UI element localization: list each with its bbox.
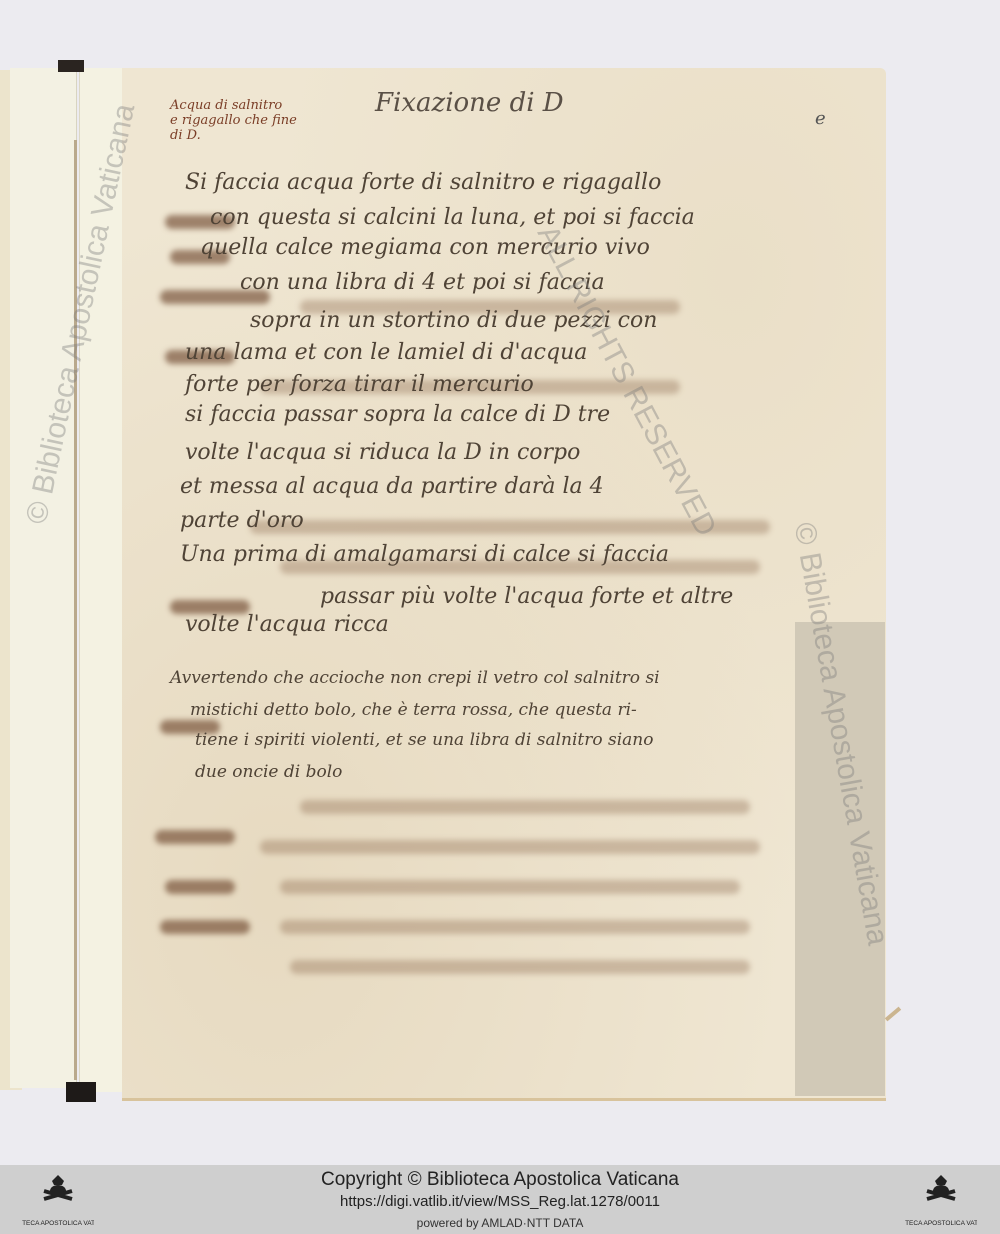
margin-note: Acqua di salnitro e rigagallo che fine d… — [170, 98, 297, 143]
binding-clip-bottom — [66, 1082, 96, 1102]
text-line: Avvertendo che accioche non crepi il vet… — [170, 668, 660, 688]
text-line: Si faccia acqua forte di salnitro e riga… — [185, 170, 661, 195]
margin-note-line: Acqua di salnitro — [170, 98, 297, 113]
text-line: volte l'acqua ricca — [185, 612, 389, 637]
text-line: passar più volte l'acqua forte et altre — [320, 584, 733, 609]
paper-fiber — [885, 1007, 901, 1022]
margin-note-line: e rigagallo che fine — [170, 113, 297, 128]
text-line: Una prima di amalgamarsi di calce si fac… — [180, 542, 669, 567]
text-line: volte l'acqua si riduca la D in corpo — [185, 440, 580, 465]
text-line: forte per forza tirar il mercurio — [185, 372, 534, 397]
folio-mark: e — [815, 108, 826, 129]
text-line: tiene i spiriti violenti, et se una libr… — [195, 730, 654, 750]
binding-stub — [10, 68, 77, 1088]
margin-note-line: di D. — [170, 128, 297, 143]
copyright-footer: BIBLIOTECA APOSTOLICA VATICANA Copyright… — [0, 1165, 1000, 1234]
manuscript-heading: Fixazione di D — [375, 88, 564, 118]
svg-text:BIBLIOTECA APOSTOLICA VATICANA: BIBLIOTECA APOSTOLICA VATICANA — [905, 1220, 977, 1227]
text-line: una lama et con le lamiel di d'acqua — [185, 340, 587, 365]
text-line: parte d'oro — [180, 508, 304, 533]
vatican-library-logo-icon: BIBLIOTECA APOSTOLICA VATICANA — [905, 1169, 977, 1231]
manuscript-scan: Acqua di salnitro e rigagallo che fine d… — [0, 0, 1000, 1165]
text-line: con questa si calcini la luna, et poi si… — [210, 205, 695, 230]
powered-by-text: powered by AMLAD·NTT DATA — [0, 1216, 1000, 1230]
text-line: quella calce megiama con mercurio vivo — [200, 235, 650, 260]
text-line: due oncie di bolo — [195, 762, 342, 782]
manuscript-url[interactable]: https://digi.vatlib.it/view/MSS_Reg.lat.… — [0, 1193, 1000, 1210]
binding-clip-top — [58, 60, 84, 72]
text-line: mistichi detto bolo, che è terra rossa, … — [190, 700, 637, 720]
text-line: si faccia passar sopra la calce di D tre — [185, 402, 610, 427]
text-line: et messa al acqua da partire darà la 4 — [180, 474, 604, 499]
copyright-text: Copyright © Biblioteca Apostolica Vatica… — [0, 1169, 1000, 1191]
